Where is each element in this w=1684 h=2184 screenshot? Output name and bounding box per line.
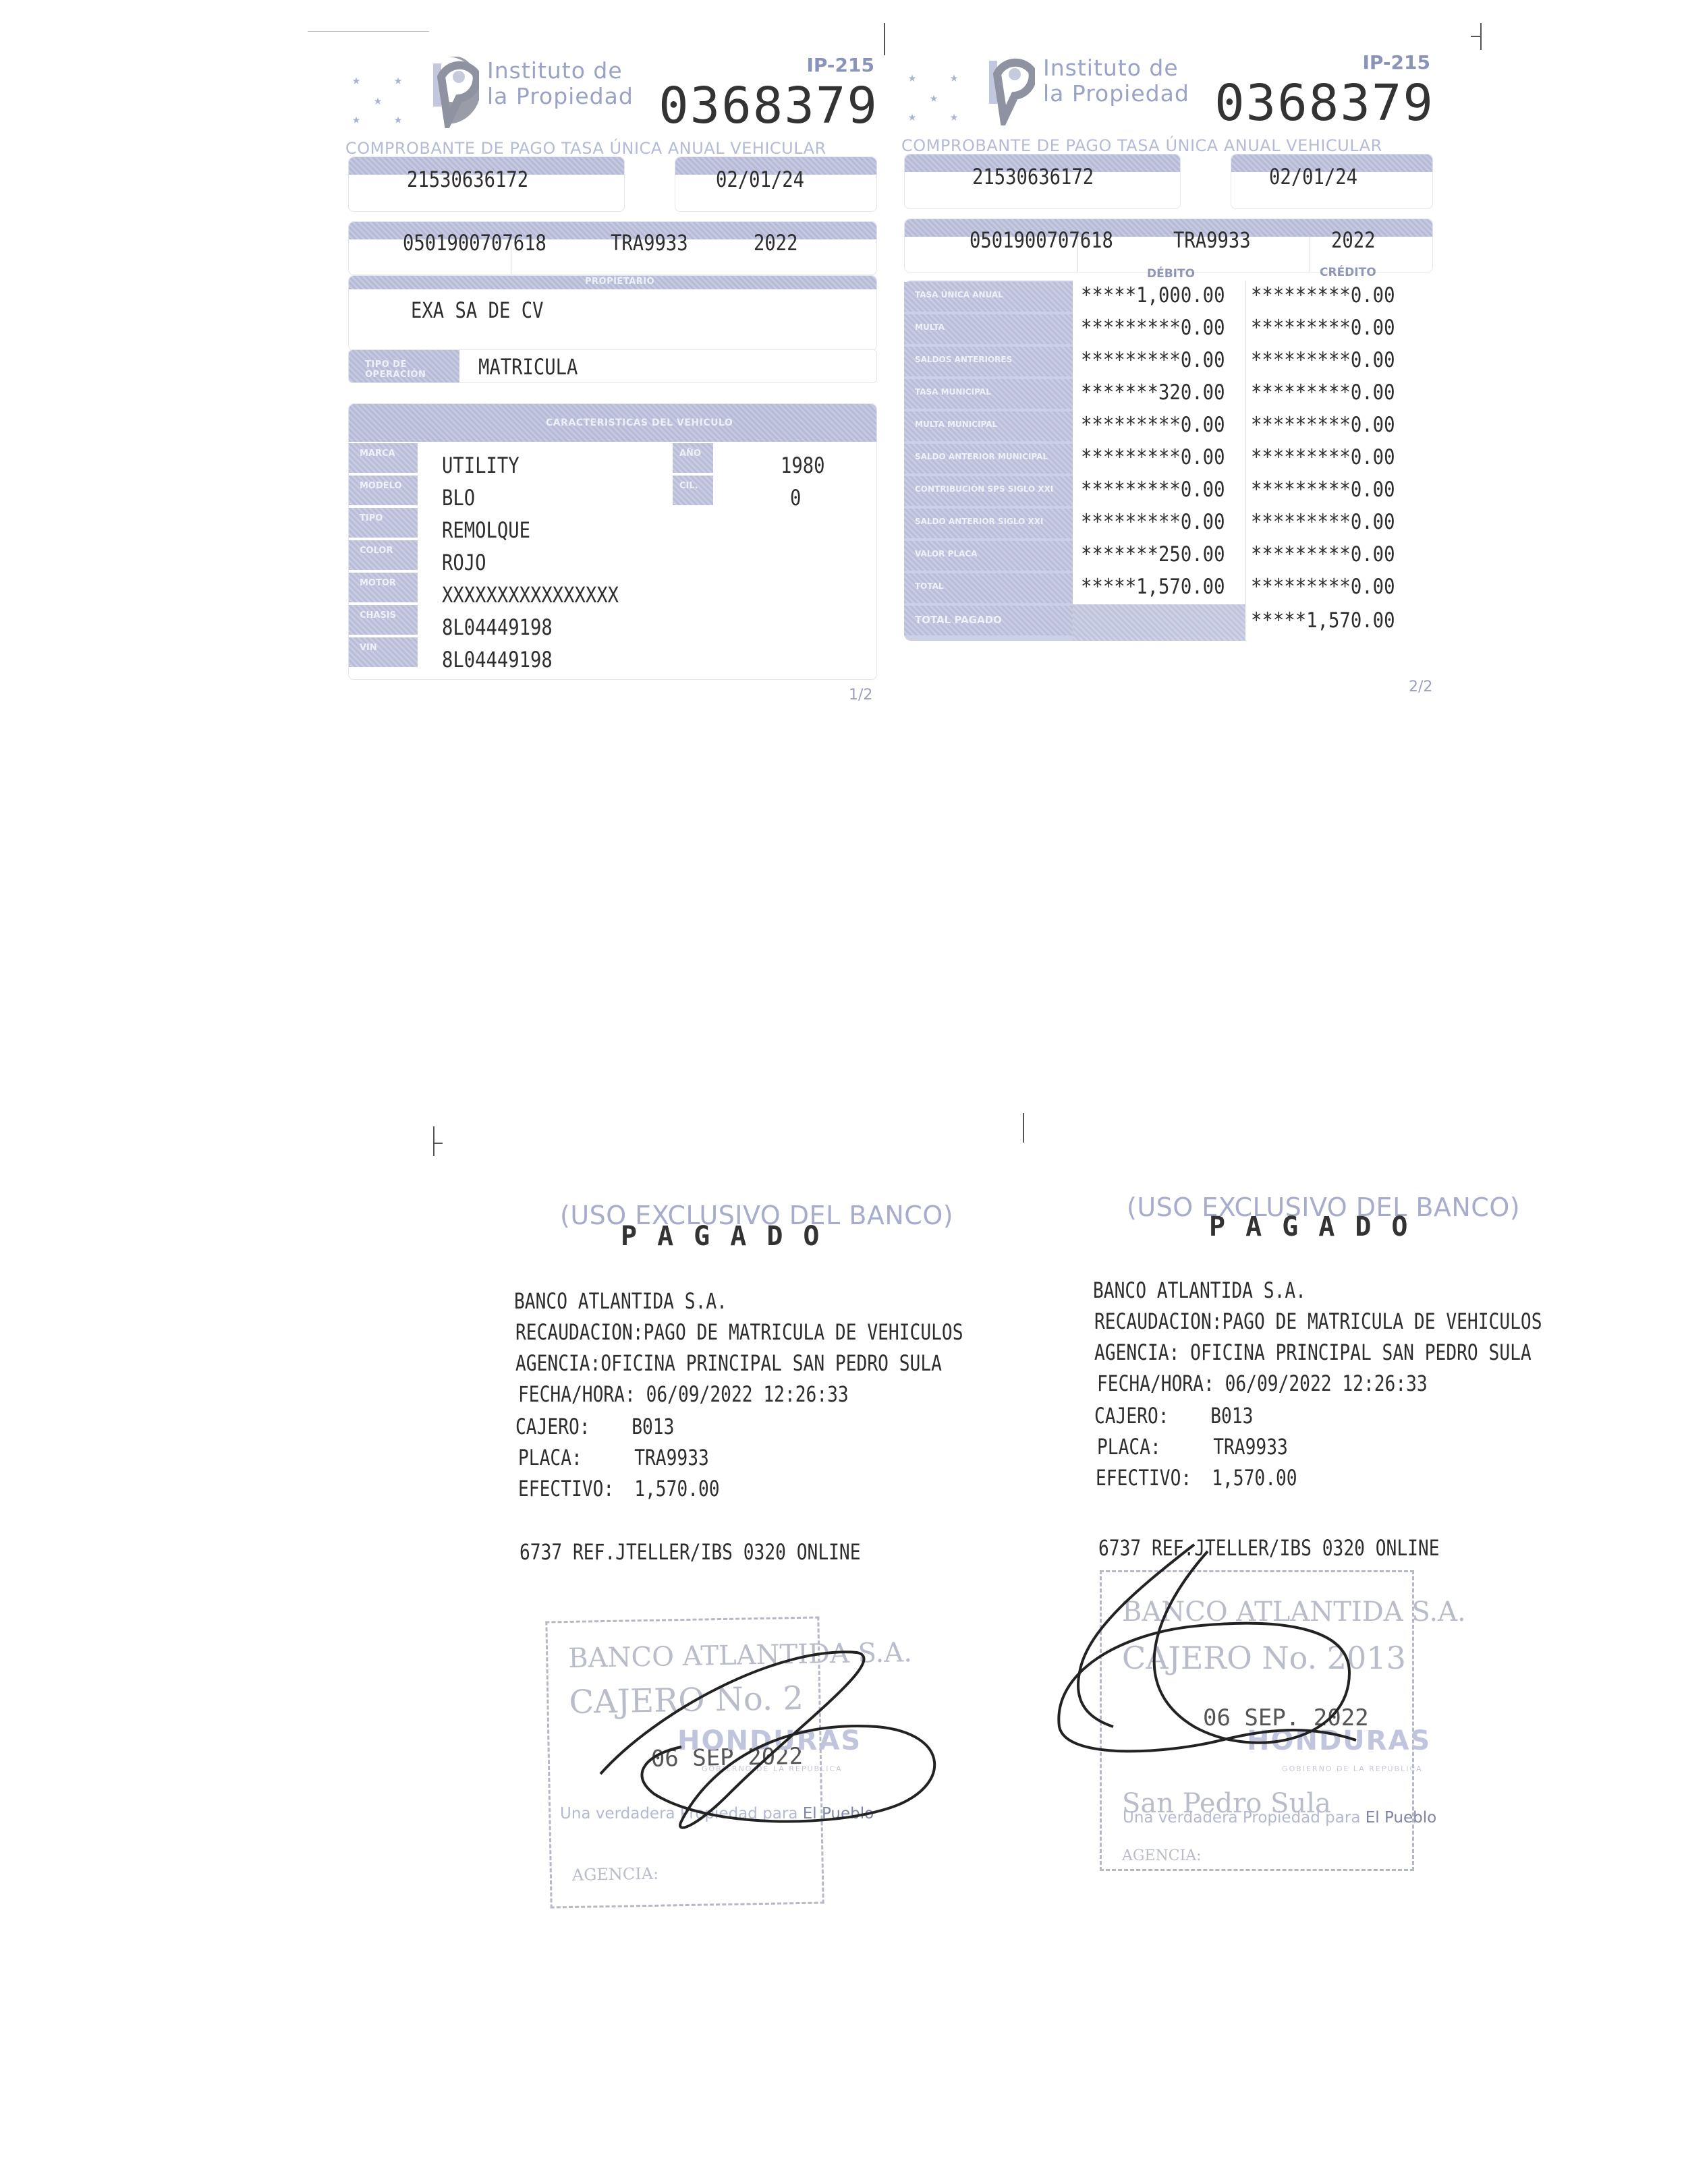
charge-label: TASA ÚNICA ANUAL xyxy=(904,282,1073,312)
payment-status: PAGADO xyxy=(1209,1211,1428,1242)
operation-type-label: TIPO DE OPERACIÓN xyxy=(365,360,459,380)
cash-row: EFECTIVO:1,570.00 xyxy=(1096,1465,1297,1491)
charge-label: SALDO ANTERIOR SIGLO XXI xyxy=(904,509,1073,538)
charge-debit: *******320.00 xyxy=(1081,380,1225,405)
institute-name-line2: la Propiedad xyxy=(1043,81,1189,107)
datetime-row: FECHA/HORA: 06/09/2022 12:26:33 xyxy=(518,1381,849,1407)
identification-box: 0501900707618 TRA9933 2022 xyxy=(348,221,877,275)
identification-number: 0501900707618 xyxy=(970,227,1113,253)
operation-type-box: TIPO DE OPERACIÓN MATRICULA xyxy=(348,349,877,383)
page-number: 1/2 xyxy=(849,687,872,703)
document-title: COMPROBANTE DE PAGO TASA ÚNICA ANUAL VEH… xyxy=(345,139,878,158)
tagline: Una verdadera Propiedad para El Pueblo xyxy=(1123,1809,1436,1827)
datetime-value: 06/09/2022 12:26:33 xyxy=(1225,1371,1428,1396)
bank-name: BANCO ATLANTIDA S.A. xyxy=(514,1288,727,1314)
charge-debit: *********0.00 xyxy=(1081,348,1225,372)
label-type: TIPO xyxy=(349,508,418,538)
receipt-panel-right: ★★ ★ ★★ Instituto de la Propiedad IP-215… xyxy=(901,38,1434,699)
label-year: AÑO xyxy=(673,443,713,473)
datetime-row: FECHA/HORA: 06/09/2022 12:26:33 xyxy=(1097,1371,1428,1396)
plate-label: PLACA: xyxy=(1097,1434,1213,1460)
charges-table: TASA ÚNICA ANUAL*****1,000.00*********0.… xyxy=(904,281,1432,631)
issue-date: 02/01/24 xyxy=(1269,164,1357,190)
plate-row: PLACA:TRA9933 xyxy=(1097,1434,1288,1460)
label-color: COLOR xyxy=(349,540,418,570)
stamp-bank-name: BANCO ATLANTIDA S.A. xyxy=(568,1637,912,1674)
charge-label: MULTA MUNICIPAL xyxy=(904,411,1073,441)
stars-icon: ★★ ★ ★★ xyxy=(352,67,426,135)
institute-name-line1: Instituto de xyxy=(487,58,634,84)
stamp-agency-label: AGENCIA: xyxy=(1122,1847,1202,1864)
plate-value: TRA9933 xyxy=(1213,1434,1288,1460)
header-band: PROPIETARIO xyxy=(349,276,876,289)
divider xyxy=(511,239,511,275)
form-code: IP-215 xyxy=(1362,51,1430,74)
stamp-cashier: CAJERO No. 2 xyxy=(569,1679,804,1721)
vehicle-vin: 8L04449198 xyxy=(442,647,553,672)
charge-debit: *********0.00 xyxy=(1081,413,1225,437)
institute-name-line1: Instituto de xyxy=(1043,55,1189,81)
cashier-label: CAJERO: xyxy=(1094,1403,1210,1429)
cash-value: 1,570.00 xyxy=(1212,1465,1297,1491)
crop-mark xyxy=(433,1126,434,1156)
issue-date-box: 02/01/24 xyxy=(675,156,877,212)
cashier-value: B013 xyxy=(631,1414,674,1439)
receipt-number: 21530636172 xyxy=(407,167,528,192)
label-cylinders: CIL. xyxy=(673,476,713,505)
divider xyxy=(1310,237,1310,272)
label-brand: MARCA xyxy=(349,443,418,473)
tagline-end: El Pueblo xyxy=(803,1805,874,1822)
plate-number: TRA9933 xyxy=(611,230,688,256)
tax-year: 2022 xyxy=(754,230,798,256)
cashier-row: CAJERO:B013 xyxy=(1094,1403,1253,1429)
honduras-watermark: HONDURAS xyxy=(677,1725,862,1756)
charge-debit: *********0.00 xyxy=(1081,478,1225,502)
cash-label: EFECTIVO: xyxy=(1096,1465,1212,1491)
identification-number: 0501900707618 xyxy=(403,230,546,256)
crop-mark xyxy=(1480,23,1482,50)
charge-debit: *********0.00 xyxy=(1081,316,1225,340)
transaction-reference: 6737 REF.JTELLER/IBS 0320 ONLINE xyxy=(520,1539,861,1565)
issue-date-box: 02/01/24 xyxy=(1231,154,1433,209)
crop-mark xyxy=(884,23,885,55)
total-paid-band xyxy=(1073,604,1245,641)
operation-type: MATRICULA xyxy=(478,354,578,380)
honduras-watermark: HONDURAS xyxy=(1247,1725,1431,1756)
charge-credit: *********0.00 xyxy=(1251,510,1395,534)
crop-mark xyxy=(433,1143,443,1144)
vehicle-section-title: CARACTERISTICAS DEL VEHICULO xyxy=(546,418,733,428)
charge-label: SALDOS ANTERIORES xyxy=(904,347,1073,376)
label-vin: VIN xyxy=(349,637,418,667)
owner-name: EXA SA DE CV xyxy=(411,297,544,323)
charge-debit: *********0.00 xyxy=(1081,510,1225,534)
charge-label: TASA MUNICIPAL xyxy=(904,379,1073,409)
charge-label: CONTRIBUCIÓN SPS SIGLO XXI xyxy=(904,476,1073,506)
form-code: IP-215 xyxy=(806,54,874,76)
charge-credit: *********0.00 xyxy=(1251,380,1395,405)
label-engine: MOTOR xyxy=(349,573,418,602)
crop-mark xyxy=(1471,36,1480,37)
tagline-main: Una verdadera Propiedad para xyxy=(560,1805,803,1822)
divider xyxy=(1245,281,1246,604)
tagline: Una verdadera Propiedad para El Pueblo xyxy=(560,1805,874,1822)
receipt-number-box: 21530636172 xyxy=(904,154,1181,209)
tagline-main: Una verdadera Propiedad para xyxy=(1123,1809,1366,1827)
scan-artifact xyxy=(308,31,429,32)
government-watermark: GOBIERNO DE LA REPÚBLICA xyxy=(702,1764,843,1773)
charge-credit: *********0.00 xyxy=(1251,413,1395,437)
plate-row: PLACA:TRA9933 xyxy=(518,1445,709,1470)
charge-debit: *******250.00 xyxy=(1081,542,1225,567)
charge-label: MULTA xyxy=(904,314,1073,344)
bank-slip-right: (USO EXCLUSIVO DEL BANCO) PAGADO BANCO A… xyxy=(1052,1187,1592,1929)
vehicle-year: 1980 xyxy=(781,453,825,478)
label-chassis: CHASIS xyxy=(349,605,418,635)
charge-credit: *********0.00 xyxy=(1251,316,1395,340)
vehicle-model: BLO xyxy=(442,485,475,511)
credit-column-header: CRÉDITO xyxy=(1320,266,1376,279)
cashier-label: CAJERO: xyxy=(515,1414,631,1439)
charge-label: TOTAL xyxy=(904,573,1073,603)
header-band: CARACTERISTICAS DEL VEHICULO xyxy=(349,404,876,442)
identification-box: 0501900707618 TRA9933 2022 xyxy=(904,219,1433,272)
vehicle-engine: XXXXXXXXXXXXXXXX xyxy=(442,582,619,608)
bank-stamp: BANCO ATLANTIDA S.A. CAJERO No. 2 06 SEP… xyxy=(545,1616,824,1908)
total-paid-value: *****1,570.00 xyxy=(1251,608,1395,633)
institute-logo-icon xyxy=(432,54,479,128)
stamp-cashier: CAJERO No. 2013 xyxy=(1122,1640,1406,1676)
document-title: COMPROBANTE DE PAGO TASA ÚNICA ANUAL VEH… xyxy=(901,136,1434,155)
institute-logo-icon xyxy=(988,51,1035,125)
serial-number: 0368379 xyxy=(658,77,878,135)
datetime-label: FECHA/HORA: xyxy=(518,1381,636,1407)
charge-debit: *****1,570.00 xyxy=(1081,575,1225,599)
stamp-bank-name: BANCO ATLANTIDA S.A. xyxy=(1122,1597,1466,1628)
datetime-label: FECHA/HORA: xyxy=(1097,1371,1214,1396)
debit-column-header: DÉBITO xyxy=(1147,267,1195,281)
plate-number: TRA9933 xyxy=(1173,227,1251,253)
charge-credit: *********0.00 xyxy=(1251,283,1395,308)
issue-date: 02/01/24 xyxy=(716,167,804,192)
institute-name: Instituto de la Propiedad xyxy=(1043,55,1189,107)
owner-label: PROPIETARIO xyxy=(585,277,654,287)
charge-credit: *********0.00 xyxy=(1251,575,1395,599)
vehicle-brand: UTILITY xyxy=(442,453,520,478)
charge-debit: *********0.00 xyxy=(1081,445,1225,469)
total-paid-label: TOTAL PAGADO xyxy=(904,606,1073,635)
charge-label: VALOR PLACA xyxy=(904,541,1073,571)
charge-credit: *********0.00 xyxy=(1251,478,1395,502)
charge-debit: *****1,000.00 xyxy=(1081,283,1225,308)
receipt-header: ★★ ★ ★★ Instituto de la Propiedad IP-215… xyxy=(345,54,878,142)
transaction-reference: 6737 REF.JTELLER/IBS 0320 ONLINE xyxy=(1098,1535,1440,1561)
collection-concept: RECAUDACION:PAGO DE MATRICULA DE VEHICUL… xyxy=(1094,1309,1542,1334)
bank-name: BANCO ATLANTIDA S.A. xyxy=(1093,1277,1306,1303)
cash-label: EFECTIVO: xyxy=(518,1476,634,1501)
agency: AGENCIA: OFICINA PRINCIPAL SAN PEDRO SUL… xyxy=(1094,1340,1532,1365)
receipt-number-box: 21530636172 xyxy=(348,156,625,212)
collection-concept: RECAUDACION:PAGO DE MATRICULA DE VEHICUL… xyxy=(515,1319,963,1345)
charge-credit: *********0.00 xyxy=(1251,542,1395,567)
payment-status: PAGADO xyxy=(621,1221,840,1252)
header-band: TIPO DE OPERACIÓN xyxy=(349,350,459,382)
label-model: MODELO xyxy=(349,476,418,505)
receipt-number: 21530636172 xyxy=(972,164,1094,190)
vehicle-characteristics-box: CARACTERISTICAS DEL VEHICULO MARCA MODEL… xyxy=(348,403,877,680)
crop-mark xyxy=(1023,1113,1024,1143)
cash-value: 1,570.00 xyxy=(634,1476,719,1501)
charge-credit: *********0.00 xyxy=(1251,445,1395,469)
divider xyxy=(1077,237,1078,272)
plate-value: TRA9933 xyxy=(634,1445,709,1470)
page-number: 2/2 xyxy=(1409,679,1432,695)
charge-credit: *********0.00 xyxy=(1251,348,1395,372)
agency: AGENCIA:OFICINA PRINCIPAL SAN PEDRO SULA xyxy=(515,1350,942,1376)
stamp-agency-label: AGENCIA: xyxy=(572,1864,659,1885)
owner-box: PROPIETARIO EXA SA DE CV xyxy=(348,275,877,351)
vehicle-cylinders: 0 xyxy=(790,485,801,511)
cash-row: EFECTIVO:1,570.00 xyxy=(518,1476,720,1501)
cashier-value: B013 xyxy=(1210,1403,1253,1429)
receipt-panel-left: ★★ ★ ★★ Instituto de la Propiedad IP-215… xyxy=(345,40,878,701)
charge-label: SALDO ANTERIOR MUNICIPAL xyxy=(904,444,1073,473)
institute-name: Instituto de la Propiedad xyxy=(487,58,634,109)
stars-icon: ★★ ★ ★★ xyxy=(908,65,982,132)
vehicle-type: REMOLQUE xyxy=(442,517,530,543)
cashier-row: CAJERO:B013 xyxy=(515,1414,674,1439)
tagline-end: El Pueblo xyxy=(1366,1809,1437,1827)
institute-name-line2: la Propiedad xyxy=(487,84,634,109)
plate-label: PLACA: xyxy=(518,1445,634,1470)
datetime-value: 06/09/2022 12:26:33 xyxy=(646,1381,849,1407)
bank-slip-left: (USO EXCLUSIVO DEL BANCO) PAGADO BANCO A… xyxy=(499,1194,1039,1936)
serial-number: 0368379 xyxy=(1214,74,1434,132)
government-watermark: GOBIERNO DE LA REPÚBLICA xyxy=(1282,1764,1423,1773)
tax-year: 2022 xyxy=(1331,227,1376,253)
vehicle-color: ROJO xyxy=(442,550,486,575)
vehicle-chassis: 8L04449198 xyxy=(442,614,553,640)
receipt-header: ★★ ★ ★★ Instituto de la Propiedad IP-215… xyxy=(901,51,1434,139)
